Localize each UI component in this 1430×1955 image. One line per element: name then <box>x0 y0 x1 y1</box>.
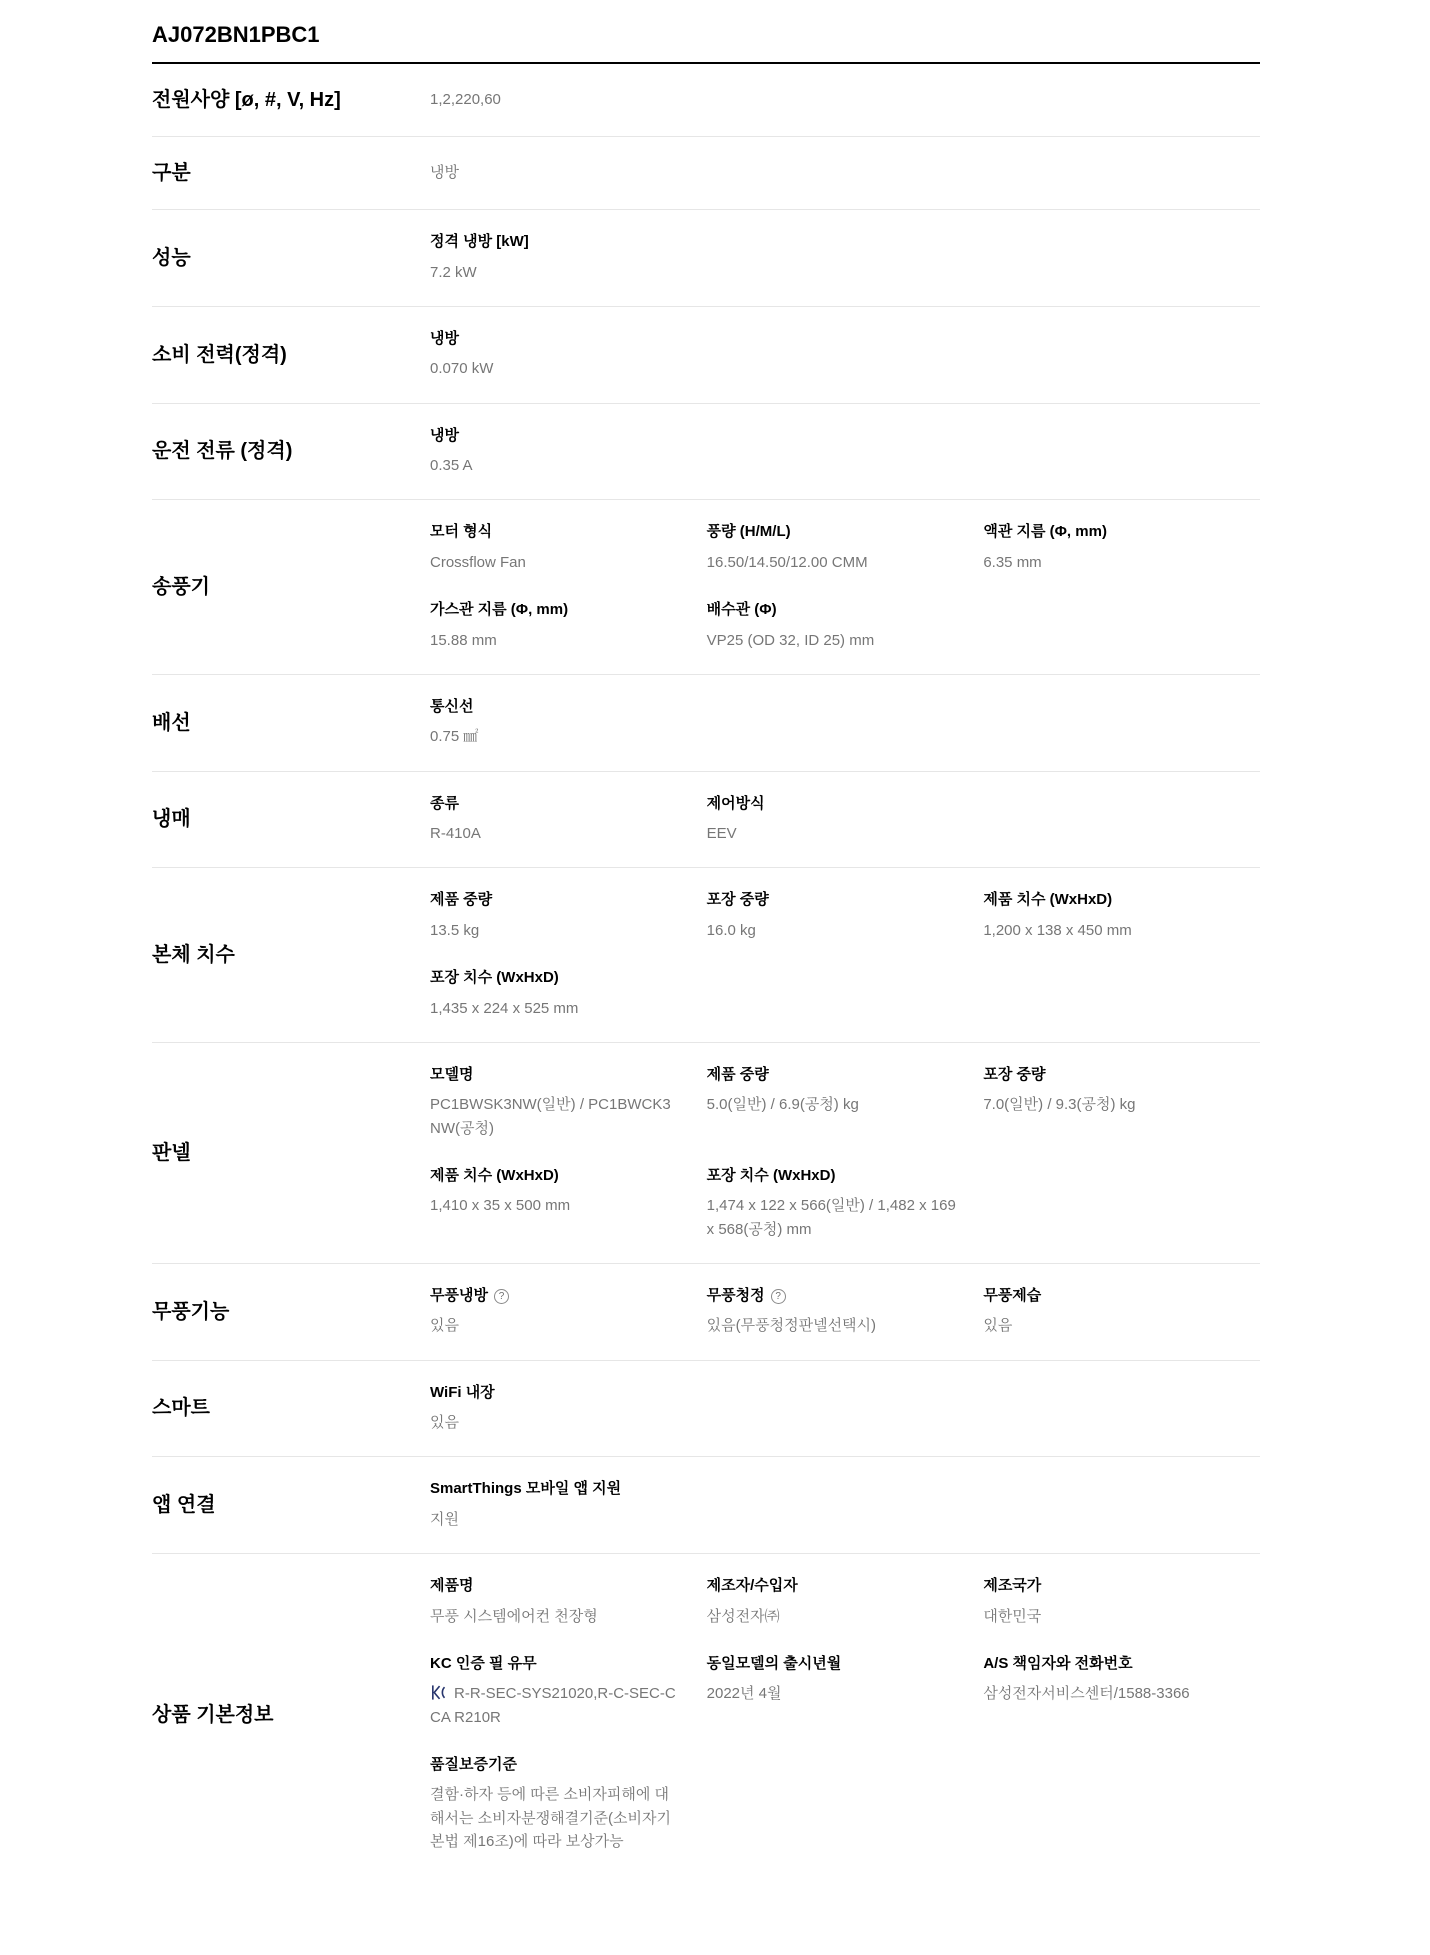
cell-name-text: 냉방 <box>430 427 459 444</box>
row-label: 본체 치수 <box>152 941 430 969</box>
cell-value-text: 5.0(일반) / 6.9(공청) kg <box>707 1096 859 1113</box>
help-icon[interactable]: ? <box>494 1289 509 1304</box>
cell-name-text: A/S 책임자와 전화번호 <box>983 1655 1132 1672</box>
cell-value: 7.2 kW <box>430 261 681 284</box>
cell-name: 가스관 지름 (Φ, mm) <box>430 600 681 620</box>
cell-name: 모델명 <box>430 1065 681 1085</box>
cell-value: 13.5 kg <box>430 919 681 942</box>
cell-value: 있음(무풍청정판넬선택시) <box>707 1314 958 1337</box>
cell-name-text: 정격 냉방 [kW] <box>430 233 529 250</box>
spec-table-row: 송풍기 모터 형식 Crossflow Fan 풍량 (H/M/L) 16.50… <box>152 499 1260 674</box>
cell-name-text: 제품명 <box>430 1577 473 1594</box>
help-icon[interactable]: ? <box>771 1289 786 1304</box>
cell-value-text: R-R-SEC-SYS21020,R-C-SEC-CCA R210R <box>430 1685 676 1725</box>
cell-value: 결함·하자 등에 따른 소비자피해에 대해서는 소비자분쟁해결기준(소비자기본법… <box>430 1783 681 1853</box>
cell-name: 액관 지름 (Φ, mm) <box>983 522 1234 542</box>
row-cells: 정격 냉방 [kW] 7.2 kW <box>430 232 1260 284</box>
cell-value-text: Crossflow Fan <box>430 554 526 571</box>
spec-cell: 무풍냉방? 있음 <box>430 1286 707 1338</box>
spec-table-row: 소비 전력(정격) 냉방 0.070 kW <box>152 306 1260 403</box>
spec-cell: 무풍청정? 있음(무풍청정판넬선택시) <box>707 1286 984 1338</box>
cell-value: 0.070 kW <box>430 357 681 380</box>
cell-name-text: 제어방식 <box>707 795 765 812</box>
cell-value-text: EEV <box>707 825 737 842</box>
cell-value: R-410A <box>430 822 681 845</box>
spec-table-body: 전원사양 [ø, #, V, Hz] 1,2,220,60 구분 냉방 성능 정… <box>152 64 1260 1875</box>
cell-name-text: 액관 지름 (Φ, mm) <box>983 523 1107 540</box>
cell-name: 제품 치수 (WxHxD) <box>430 1166 681 1186</box>
cell-name: 제품명 <box>430 1576 681 1596</box>
row-label: 냉매 <box>152 805 430 833</box>
cell-name-text: 품질보증기준 <box>430 1756 517 1773</box>
spec-cell: 제품명 무풍 시스템에어컨 천장형 <box>430 1576 707 1628</box>
spec-cell: 냉방 <box>430 161 707 184</box>
row-label: 상품 기본정보 <box>152 1701 430 1729</box>
cell-value: PC1BWSK3NW(일반) / PC1BWCK3NW(공청) <box>430 1093 681 1140</box>
spec-table-row: 배선 통신선 0.75 ㎟ <box>152 674 1260 771</box>
cell-name: 제품 치수 (WxHxD) <box>983 890 1234 910</box>
cell-name-text: 포장 치수 (WxHxD) <box>707 1167 836 1184</box>
cell-value-text: 16.0 kg <box>707 922 756 939</box>
row-label: 판넬 <box>152 1139 430 1167</box>
row-cells: 제품 중량 13.5 kg 포장 중량 16.0 kg 제품 치수 (WxHxD… <box>430 890 1260 1020</box>
cell-name-text: 통신선 <box>430 698 473 715</box>
cell-name-text: 제품 중량 <box>707 1066 769 1083</box>
cell-value: EEV <box>707 822 958 845</box>
row-cells: 냉방 <box>430 161 1260 184</box>
cell-value: 냉방 <box>430 161 681 184</box>
spec-table-row: 스마트 WiFi 내장 있음 <box>152 1360 1260 1457</box>
row-cells: SmartThings 모바일 앱 지원 지원 <box>430 1479 1260 1531</box>
cell-value: 7.0(일반) / 9.3(공청) kg <box>983 1093 1234 1116</box>
cell-name-text: 제품 중량 <box>430 891 492 908</box>
row-label: 송풍기 <box>152 573 430 601</box>
cell-name: 제어방식 <box>707 794 958 814</box>
cell-value: 2022년 4월 <box>707 1682 958 1705</box>
cell-value: 0.35 A <box>430 454 681 477</box>
spec-cell: 동일모델의 출시년월 2022년 4월 <box>707 1654 984 1706</box>
cell-name: 포장 치수 (WxHxD) <box>707 1166 958 1186</box>
cell-name: 제품 중량 <box>430 890 681 910</box>
cell-name-text: 무풍냉방 <box>430 1287 488 1304</box>
row-label: 구분 <box>152 159 430 187</box>
cell-name: 품질보증기준 <box>430 1755 681 1775</box>
cell-value-text: 냉방 <box>430 164 459 181</box>
cell-name: 무풍냉방? <box>430 1286 681 1306</box>
cell-name-text: SmartThings 모바일 앱 지원 <box>430 1480 621 1497</box>
spec-table-row: 냉매 종류 R-410A 제어방식 EEV <box>152 771 1260 868</box>
cell-name-text: 제조국가 <box>983 1577 1041 1594</box>
row-label: 앱 연결 <box>152 1491 430 1519</box>
cell-value-text: VP25 (OD 32, ID 25) mm <box>707 632 875 649</box>
cell-value: R-R-SEC-SYS21020,R-C-SEC-CCA R210R <box>430 1682 681 1729</box>
row-cells: 냉방 0.35 A <box>430 426 1260 478</box>
cell-name-text: 동일모델의 출시년월 <box>707 1655 842 1672</box>
cell-name: 통신선 <box>430 697 681 717</box>
spec-cell: 무풍제습 있음 <box>983 1286 1260 1338</box>
spec-cell: SmartThings 모바일 앱 지원 지원 <box>430 1479 707 1531</box>
cell-name-text: 무풍제습 <box>983 1287 1041 1304</box>
spec-cell: 제어방식 EEV <box>707 794 984 846</box>
cell-value-text: 있음(무풍청정판넬선택시) <box>707 1317 876 1334</box>
spec-cell: 제품 중량 13.5 kg <box>430 890 707 942</box>
cell-name-text: 무풍청정 <box>707 1287 765 1304</box>
spec-section: AJ072BN1PBC1 전원사양 [ø, #, V, Hz] 1,2,220,… <box>152 16 1260 1875</box>
cell-value: 6.35 mm <box>983 551 1234 574</box>
spec-cell: 모델명 PC1BWSK3NW(일반) / PC1BWCK3NW(공청) <box>430 1065 707 1140</box>
spec-cell: 풍량 (H/M/L) 16.50/14.50/12.00 CMM <box>707 522 984 574</box>
cell-value: 16.0 kg <box>707 919 958 942</box>
cell-value: Crossflow Fan <box>430 551 681 574</box>
spec-cell: KC 인증 필 유무 R-R-SEC-SYS21020,R-C-SEC-CCA … <box>430 1654 707 1729</box>
spec-table-row: 구분 냉방 <box>152 136 1260 209</box>
spec-cell: A/S 책임자와 전화번호 삼성전자서비스센터/1588-3366 <box>983 1654 1260 1706</box>
cell-name: 제조국가 <box>983 1576 1234 1596</box>
spec-cell: 냉방 0.35 A <box>430 426 707 478</box>
cell-value: 삼성전자서비스센터/1588-3366 <box>983 1682 1234 1705</box>
spec-table-row: 상품 기본정보 제품명 무풍 시스템에어컨 천장형 제조자/수입자 삼성전자㈜ … <box>152 1553 1260 1875</box>
cell-name: 제품 중량 <box>707 1065 958 1085</box>
cell-value-text: 6.35 mm <box>983 554 1041 571</box>
spec-table-row: 운전 전류 (정격) 냉방 0.35 A <box>152 403 1260 500</box>
cell-value-text: 1,435 x 224 x 525 mm <box>430 1000 578 1017</box>
cell-name-text: 가스관 지름 (Φ, mm) <box>430 601 568 618</box>
cell-value-text: 1,2,220,60 <box>430 91 501 108</box>
spec-cell: 포장 중량 16.0 kg <box>707 890 984 942</box>
cell-value-text: 1,410 x 35 x 500 mm <box>430 1197 570 1214</box>
spec-cell: 배수관 (Φ) VP25 (OD 32, ID 25) mm <box>707 600 984 652</box>
cell-value-text: 무풍 시스템에어컨 천장형 <box>430 1608 598 1625</box>
cell-value-text: 삼성전자서비스센터/1588-3366 <box>983 1685 1189 1702</box>
row-cells: 통신선 0.75 ㎟ <box>430 697 1260 749</box>
row-label: 성능 <box>152 244 430 272</box>
cell-value: 지원 <box>430 1508 681 1531</box>
cell-value: 1,474 x 122 x 566(일반) / 1,482 x 169 x 56… <box>707 1194 958 1241</box>
cell-value-text: 16.50/14.50/12.00 CMM <box>707 554 868 571</box>
cell-name: 무풍청정? <box>707 1286 958 1306</box>
row-cells: 모델명 PC1BWSK3NW(일반) / PC1BWCK3NW(공청) 제품 중… <box>430 1065 1260 1241</box>
cell-value-text: 2022년 4월 <box>707 1685 782 1702</box>
cell-value-text: 있음 <box>430 1317 459 1334</box>
cell-name: 냉방 <box>430 329 681 349</box>
cell-value: 15.88 mm <box>430 629 681 652</box>
cell-value: 0.75 ㎟ <box>430 725 681 748</box>
spec-table-row: 판넬 모델명 PC1BWSK3NW(일반) / PC1BWCK3NW(공청) 제… <box>152 1042 1260 1263</box>
cell-name: 종류 <box>430 794 681 814</box>
row-cells: 냉방 0.070 kW <box>430 329 1260 381</box>
cell-name: SmartThings 모바일 앱 지원 <box>430 1479 681 1499</box>
cell-name-text: 모델명 <box>430 1066 473 1083</box>
spec-cell: 포장 중량 7.0(일반) / 9.3(공청) kg <box>983 1065 1260 1117</box>
cell-value-text: PC1BWSK3NW(일반) / PC1BWCK3NW(공청) <box>430 1096 671 1136</box>
cell-value-text: 삼성전자㈜ <box>707 1608 780 1625</box>
cell-name-text: 제품 치수 (WxHxD) <box>983 891 1112 908</box>
cell-name-text: 배수관 (Φ) <box>707 601 777 618</box>
cell-name-text: 풍량 (H/M/L) <box>707 523 791 540</box>
row-label: 소비 전력(정격) <box>152 341 430 369</box>
row-cells: 무풍냉방? 있음 무풍청정? 있음(무풍청정판넬선택시) 무풍제습 있음 <box>430 1286 1260 1338</box>
cell-value: 1,410 x 35 x 500 mm <box>430 1194 681 1217</box>
spec-cell: 포장 치수 (WxHxD) 1,474 x 122 x 566(일반) / 1,… <box>707 1166 984 1241</box>
row-label: 전원사양 [ø, #, V, Hz] <box>152 86 430 114</box>
cell-name: KC 인증 필 유무 <box>430 1654 681 1674</box>
cell-name-text: 모터 형식 <box>430 523 492 540</box>
cell-name-text: 제품 치수 (WxHxD) <box>430 1167 559 1184</box>
spec-table-row: 성능 정격 냉방 [kW] 7.2 kW <box>152 209 1260 306</box>
spec-cell: 제품 치수 (WxHxD) 1,200 x 138 x 450 mm <box>983 890 1260 942</box>
row-label: 스마트 <box>152 1394 430 1422</box>
row-cells: 종류 R-410A 제어방식 EEV <box>430 794 1260 846</box>
spec-cell: 제품 중량 5.0(일반) / 6.9(공청) kg <box>707 1065 984 1117</box>
cell-name-text: 포장 중량 <box>983 1066 1045 1083</box>
cell-name-text: KC 인증 필 유무 <box>430 1655 537 1672</box>
cell-value-text: 있음 <box>430 1414 459 1431</box>
spec-table-row: 전원사양 [ø, #, V, Hz] 1,2,220,60 <box>152 64 1260 136</box>
cell-name: 풍량 (H/M/L) <box>707 522 958 542</box>
cell-name: 동일모델의 출시년월 <box>707 1654 958 1674</box>
cell-value-text: R-410A <box>430 825 481 842</box>
row-cells: WiFi 내장 있음 <box>430 1383 1260 1435</box>
cell-name-text: 포장 치수 (WxHxD) <box>430 969 559 986</box>
cell-value: 무풍 시스템에어컨 천장형 <box>430 1605 681 1628</box>
spec-cell: 1,2,220,60 <box>430 88 707 111</box>
cell-name: WiFi 내장 <box>430 1383 681 1403</box>
spec-table-row: 본체 치수 제품 중량 13.5 kg 포장 중량 16.0 kg 제품 치수 … <box>152 867 1260 1042</box>
cell-value-text: 0.35 A <box>430 457 473 474</box>
kc-certification-icon <box>430 1684 447 1701</box>
spec-cell: 액관 지름 (Φ, mm) 6.35 mm <box>983 522 1260 574</box>
cell-value: 있음 <box>430 1314 681 1337</box>
cell-name: 제조자/수입자 <box>707 1576 958 1596</box>
cell-value-text: 결함·하자 등에 따른 소비자피해에 대해서는 소비자분쟁해결기준(소비자기본법… <box>430 1786 671 1850</box>
cell-name-text: WiFi 내장 <box>430 1384 495 1401</box>
cell-name: A/S 책임자와 전화번호 <box>983 1654 1234 1674</box>
cell-value-text: 15.88 mm <box>430 632 497 649</box>
row-label: 배선 <box>152 709 430 737</box>
cell-value: 1,200 x 138 x 450 mm <box>983 919 1234 942</box>
cell-value: 있음 <box>430 1411 681 1434</box>
cell-name: 포장 중량 <box>983 1065 1234 1085</box>
spec-cell: 정격 냉방 [kW] 7.2 kW <box>430 232 707 284</box>
cell-value-text: 1,200 x 138 x 450 mm <box>983 922 1131 939</box>
spec-cell: 포장 치수 (WxHxD) 1,435 x 224 x 525 mm <box>430 968 707 1020</box>
cell-value-text: 지원 <box>430 1511 459 1528</box>
cell-name: 모터 형식 <box>430 522 681 542</box>
cell-value: 1,435 x 224 x 525 mm <box>430 997 681 1020</box>
cell-value-text: 1,474 x 122 x 566(일반) / 1,482 x 169 x 56… <box>707 1197 956 1237</box>
cell-name-text: 종류 <box>430 795 459 812</box>
row-label: 운전 전류 (정격) <box>152 437 430 465</box>
cell-name: 포장 치수 (WxHxD) <box>430 968 681 988</box>
row-cells: 제품명 무풍 시스템에어컨 천장형 제조자/수입자 삼성전자㈜ 제조국가 대한민… <box>430 1576 1260 1853</box>
cell-name: 포장 중량 <box>707 890 958 910</box>
cell-name: 무풍제습 <box>983 1286 1234 1306</box>
cell-name-text: 제조자/수입자 <box>707 1577 798 1594</box>
cell-value: 대한민국 <box>983 1605 1234 1628</box>
spec-cell: 통신선 0.75 ㎟ <box>430 697 707 749</box>
spec-cell: WiFi 내장 있음 <box>430 1383 707 1435</box>
spec-cell: 가스관 지름 (Φ, mm) 15.88 mm <box>430 600 707 652</box>
spec-table-row: 무풍기능 무풍냉방? 있음 무풍청정? 있음(무풍청정판넬선택시) 무풍제습 있… <box>152 1263 1260 1360</box>
cell-value-text: 13.5 kg <box>430 922 479 939</box>
spec-cell: 종류 R-410A <box>430 794 707 846</box>
cell-value: 삼성전자㈜ <box>707 1605 958 1628</box>
cell-name: 배수관 (Φ) <box>707 600 958 620</box>
cell-value-text: 있음 <box>983 1317 1012 1334</box>
cell-value-text: 0.070 kW <box>430 360 493 377</box>
spec-cell: 품질보증기준 결함·하자 등에 따른 소비자피해에 대해서는 소비자분쟁해결기준… <box>430 1755 707 1853</box>
cell-value-text: 0.75 ㎟ <box>430 728 478 745</box>
cell-name-text: 냉방 <box>430 330 459 347</box>
spec-cell: 냉방 0.070 kW <box>430 329 707 381</box>
cell-value-text: 7.2 kW <box>430 264 477 281</box>
cell-value: 있음 <box>983 1314 1234 1337</box>
spec-cell: 제품 치수 (WxHxD) 1,410 x 35 x 500 mm <box>430 1166 707 1218</box>
row-cells: 모터 형식 Crossflow Fan 풍량 (H/M/L) 16.50/14.… <box>430 522 1260 652</box>
cell-value: 1,2,220,60 <box>430 88 681 111</box>
cell-value: 16.50/14.50/12.00 CMM <box>707 551 958 574</box>
spec-cell: 모터 형식 Crossflow Fan <box>430 522 707 574</box>
row-cells: 1,2,220,60 <box>430 88 1260 111</box>
spec-cell: 제조국가 대한민국 <box>983 1576 1260 1628</box>
cell-name: 냉방 <box>430 426 681 446</box>
page-title: AJ072BN1PBC1 <box>152 16 1260 64</box>
spec-cell: 제조자/수입자 삼성전자㈜ <box>707 1576 984 1628</box>
cell-value-text: 대한민국 <box>983 1608 1041 1625</box>
cell-name: 정격 냉방 [kW] <box>430 232 681 252</box>
cell-value-text: 7.0(일반) / 9.3(공청) kg <box>983 1096 1135 1113</box>
spec-table-row: 앱 연결 SmartThings 모바일 앱 지원 지원 <box>152 1456 1260 1553</box>
row-label: 무풍기능 <box>152 1298 430 1326</box>
cell-value: 5.0(일반) / 6.9(공청) kg <box>707 1093 958 1116</box>
cell-value: VP25 (OD 32, ID 25) mm <box>707 629 958 652</box>
cell-name-text: 포장 중량 <box>707 891 769 908</box>
